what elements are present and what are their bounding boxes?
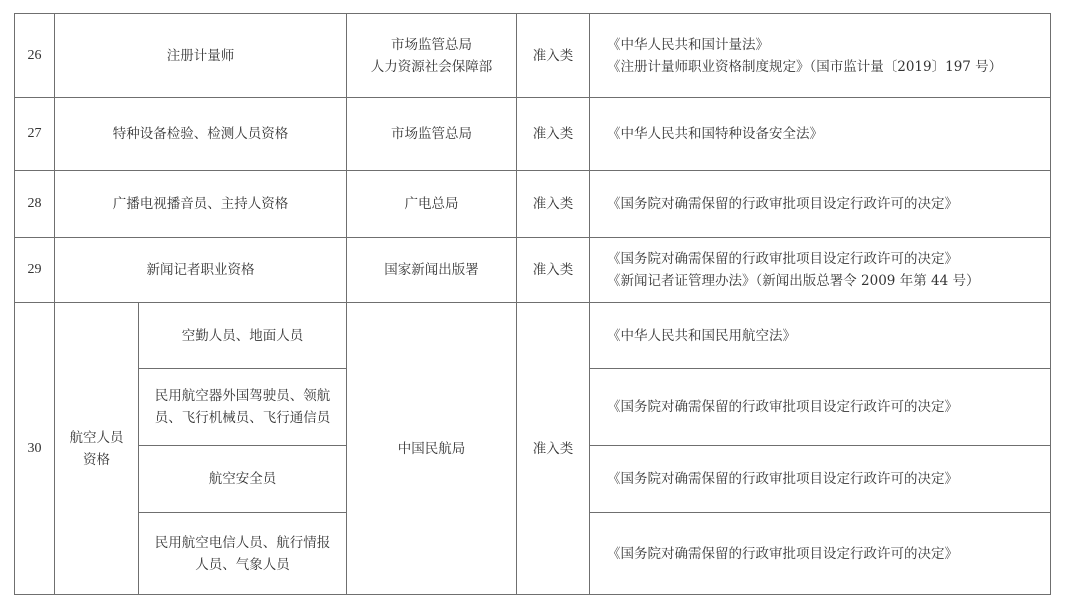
agency: 中国民航局 [347, 303, 517, 595]
name-line: 人员、气象人员 [139, 554, 346, 576]
qualification-type: 准入类 [517, 238, 590, 303]
sub-qualification: 空勤人员、地面人员 [139, 303, 347, 369]
legal-basis: 《国务院对确需保留的行政审批项目设定行政许可的决定》 [590, 513, 1051, 595]
row-number: 26 [15, 14, 55, 98]
qualification-name: 注册计量师 [55, 14, 347, 98]
agency: 广电总局 [347, 171, 517, 238]
qualification-name: 新闻记者职业资格 [55, 238, 347, 303]
table-row: 30 航空人员 资格 空勤人员、地面人员 中国民航局 准入类 《中华人民共和国民… [15, 303, 1051, 369]
basis-line: 《中华人民共和国计量法》 [607, 34, 1050, 56]
row-number: 30 [15, 303, 55, 595]
qualification-type: 准入类 [517, 98, 590, 171]
name-line: 航空人员 [55, 427, 138, 449]
basis-line: 《国务院对确需保留的行政审批项目设定行政许可的决定》 [607, 248, 1050, 270]
row-number: 29 [15, 238, 55, 303]
legal-basis: 《中华人民共和国民用航空法》 [590, 303, 1051, 369]
name-line: 员、飞行机械员、飞行通信员 [139, 407, 346, 429]
table-row: 27 特种设备检验、检测人员资格 市场监管总局 准入类 《中华人民共和国特种设备… [15, 98, 1051, 171]
table-row: 26 注册计量师 市场监管总局 人力资源社会保障部 准入类 《中华人民共和国计量… [15, 14, 1051, 98]
legal-basis: 《国务院对确需保留的行政审批项目设定行政许可的决定》 [590, 171, 1051, 238]
qualification-table: 26 注册计量师 市场监管总局 人力资源社会保障部 准入类 《中华人民共和国计量… [14, 13, 1051, 595]
table-row: 28 广播电视播音员、主持人资格 广电总局 准入类 《国务院对确需保留的行政审批… [15, 171, 1051, 238]
sub-qualification: 民用航空器外国驾驶员、领航 员、飞行机械员、飞行通信员 [139, 369, 347, 446]
basis-line: 《注册计量师职业资格制度规定》（国市监计量〔2019〕197 号） [607, 56, 1050, 78]
agency: 国家新闻出版署 [347, 238, 517, 303]
legal-basis: 《国务院对确需保留的行政审批项目设定行政许可的决定》 [590, 369, 1051, 446]
legal-basis: 《国务院对确需保留的行政审批项目设定行政许可的决定》 《新闻记者证管理办法》（新… [590, 238, 1051, 303]
legal-basis: 《中华人民共和国计量法》 《注册计量师职业资格制度规定》（国市监计量〔2019〕… [590, 14, 1051, 98]
legal-basis: 《中华人民共和国特种设备安全法》 [590, 98, 1051, 171]
row-number: 27 [15, 98, 55, 171]
legal-basis: 《国务院对确需保留的行政审批项目设定行政许可的决定》 [590, 446, 1051, 513]
qualification-name: 特种设备检验、检测人员资格 [55, 98, 347, 171]
agency: 市场监管总局 [347, 98, 517, 171]
qualification-type: 准入类 [517, 14, 590, 98]
sub-qualification: 航空安全员 [139, 446, 347, 513]
agency: 市场监管总局 人力资源社会保障部 [347, 14, 517, 98]
name-line: 资格 [55, 449, 138, 471]
qualification-name: 广播电视播音员、主持人资格 [55, 171, 347, 238]
basis-line: 《新闻记者证管理办法》（新闻出版总署令 2009 年第 44 号） [607, 270, 1050, 292]
qualification-name: 航空人员 资格 [55, 303, 139, 595]
qualification-type: 准入类 [517, 171, 590, 238]
name-line: 民用航空器外国驾驶员、领航 [139, 385, 346, 407]
agency-line: 人力资源社会保障部 [347, 56, 516, 78]
name-line: 民用航空电信人员、航行情报 [139, 532, 346, 554]
qualification-type: 准入类 [517, 303, 590, 595]
agency-line: 市场监管总局 [347, 34, 516, 56]
sub-qualification: 民用航空电信人员、航行情报 人员、气象人员 [139, 513, 347, 595]
row-number: 28 [15, 171, 55, 238]
table-row: 29 新闻记者职业资格 国家新闻出版署 准入类 《国务院对确需保留的行政审批项目… [15, 238, 1051, 303]
